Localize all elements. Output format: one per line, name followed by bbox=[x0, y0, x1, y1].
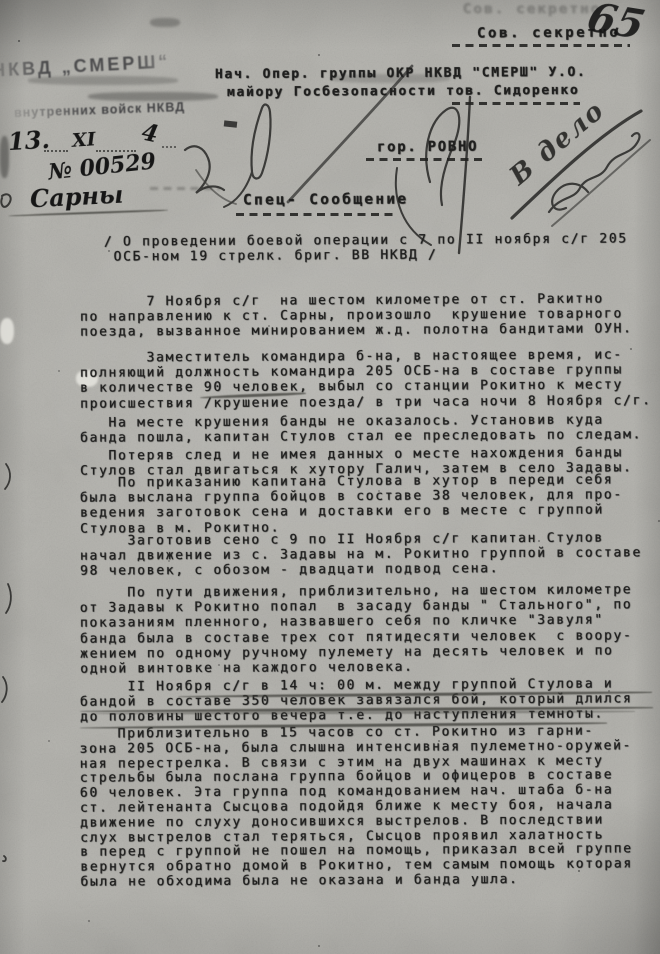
body-paragraph-5: По приказанию капитана Стулова в хутор в… bbox=[80, 472, 623, 536]
resolution-text: В дело bbox=[503, 95, 610, 192]
doc-type-ghost-dashes bbox=[150, 187, 220, 190]
addressee-line2: майору Госбезопасности тов. Сидоренко bbox=[227, 83, 580, 100]
city-line: гор. РОВНО bbox=[377, 140, 478, 156]
scanned-document-page: Сов. секретно Сов. секретно 65 НКВД „СМЕ… bbox=[0, 0, 660, 954]
doc-type-underline bbox=[236, 213, 394, 216]
margin-mark bbox=[5, 464, 10, 489]
margin-mark bbox=[1, 194, 10, 207]
paper-chip-defect bbox=[0, 318, 14, 344]
body-paragraph-7: По пути движения, приблизительно, на шес… bbox=[80, 582, 633, 677]
signature-squiggle bbox=[549, 133, 640, 212]
margin-mark bbox=[3, 856, 6, 861]
body-paragraph-2: Заместитель командира б-на, в настоящее … bbox=[80, 347, 652, 411]
date-dotted-leader bbox=[44, 150, 68, 152]
doc-type-title: Спец- Сообщение bbox=[243, 192, 409, 208]
body-paragraph-1: 7 Ноября с/г на шестом километре от ст. … bbox=[80, 291, 633, 340]
vertical-pen-stroke bbox=[459, 97, 470, 253]
pen-dash-mark bbox=[224, 120, 238, 127]
sheet-number-handwritten: 65 bbox=[582, 0, 649, 49]
body-paragraph-8: II Ноября с/г в 14 ч: 00 м. между группо… bbox=[80, 676, 633, 725]
city-underline bbox=[366, 158, 482, 161]
body-paragraph-9: Приблизительно в 15 часов со ст. Рокитно… bbox=[80, 724, 634, 890]
body-paragraph-3: На месте крушения банды не оказалось. Ус… bbox=[80, 412, 642, 446]
stamp-date-month: XI bbox=[71, 128, 96, 152]
margin-mark bbox=[6, 584, 11, 613]
stamp-illegible-row bbox=[88, 92, 218, 101]
subject-block: / О проведении боевой операции с 7 по II… bbox=[104, 231, 628, 265]
addressee-underline bbox=[452, 102, 580, 105]
addressee-line1: Нач. Опер. группы ОКР НКВД "СМЕРШ" У.О. bbox=[215, 65, 587, 82]
stamp-place-handwritten: Сарны bbox=[29, 180, 124, 214]
dust-specks bbox=[18, 40, 20, 42]
stamp-org-unit: внутренних войск НКВД bbox=[14, 100, 186, 120]
resolution-cross-stroke bbox=[512, 111, 641, 218]
date-dotted-leader bbox=[162, 146, 176, 148]
classification-ghost: Сов. секретно bbox=[463, 2, 602, 17]
classification-underline bbox=[452, 44, 630, 47]
margin-mark bbox=[2, 677, 7, 702]
stamp-date-year: 4 bbox=[139, 119, 160, 149]
body-paragraph-6: Заготовив сено с 9 по II Ноября с/г капи… bbox=[80, 530, 642, 579]
